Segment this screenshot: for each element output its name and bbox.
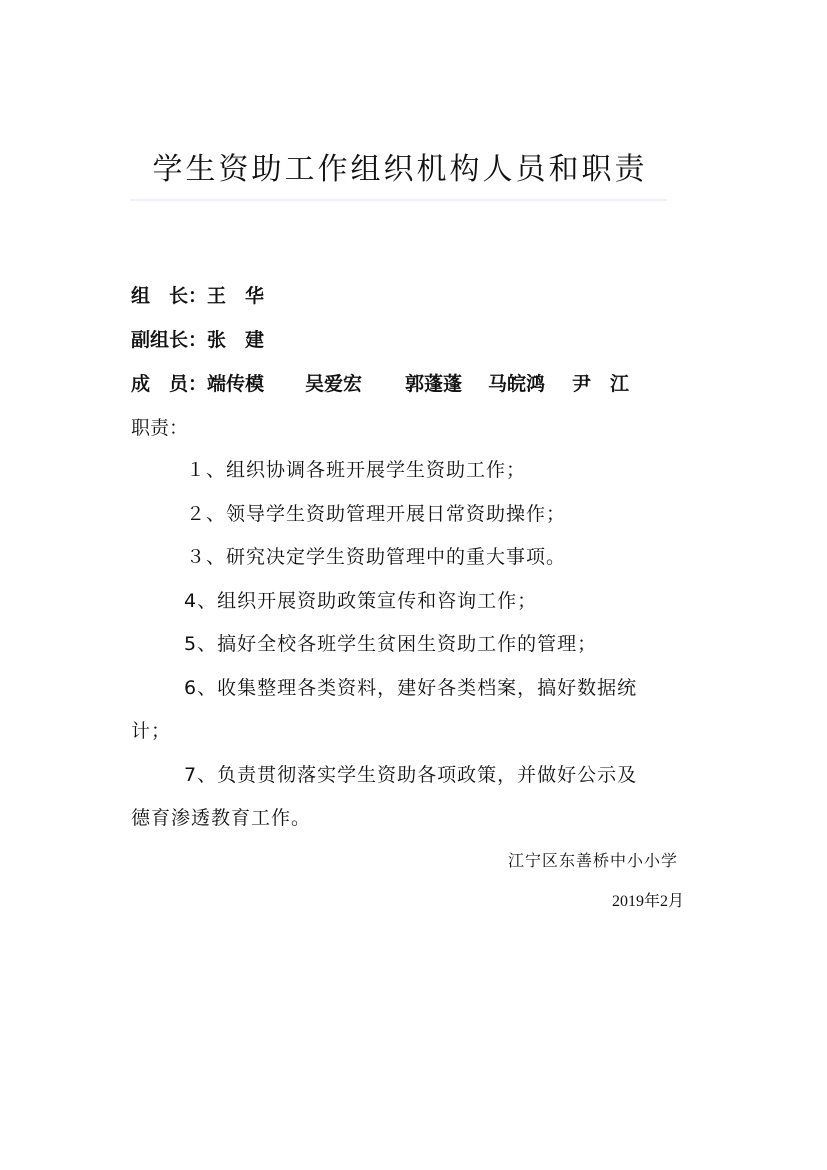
deputy-leader-row: 副组长：张 建 — [131, 328, 264, 352]
duty-item-3: ３、研究决定学生资助管理中的重大事项。 — [186, 545, 566, 569]
duty-item-6: 6、收集整理各类资料，建好各类档案，搞好数据统 — [184, 676, 637, 700]
leader-label: 组 长： — [131, 284, 207, 308]
member-name: 郭蓬蓬 — [405, 372, 488, 396]
signature-date: 2019年2月 — [612, 891, 684, 913]
duty-item-1: １、组织协调各班开展学生资助工作； — [186, 458, 526, 482]
member-name: 尹 江 — [572, 372, 629, 396]
signature-school: 江宁区东善桥中小小学 — [508, 850, 678, 872]
member-name: 吴爱宏 — [305, 372, 405, 396]
document-page: 学生资助工作组织机构人员和职责 组 长：王 华 副组长：张 建 成 员：端传模吴… — [0, 0, 827, 1170]
members-label: 成 员： — [131, 372, 207, 396]
members-row: 成 员：端传模吴爱宏郭蓬蓬马皖鸿尹 江 — [131, 372, 629, 396]
leader-row: 组 长：王 华 — [131, 284, 264, 308]
duty-item-4: 4、组织开展资助政策宣传和咨询工作； — [184, 589, 537, 613]
deputy-leader-name: 张 建 — [207, 329, 264, 351]
document-title: 学生资助工作组织机构人员和职责 — [130, 144, 670, 188]
leader-name: 王 华 — [207, 285, 264, 307]
member-name: 端传模 — [207, 372, 305, 396]
duty-item-6-continued: 计； — [131, 719, 171, 743]
duty-item-2: ２、领导学生资助管理开展日常资助操作； — [186, 502, 566, 526]
member-name: 马皖鸿 — [488, 372, 572, 396]
deputy-leader-label: 副组长： — [131, 328, 207, 352]
duty-item-5: 5、搞好全校各班学生贫困生资助工作的管理； — [184, 632, 597, 656]
duties-label: 职责： — [131, 416, 188, 440]
duty-item-7: 7、负责贯彻落实学生资助各项政策，并做好公示及 — [184, 763, 637, 787]
duty-item-7-continued: 德育渗透教育工作。 — [131, 806, 311, 830]
title-divider — [130, 199, 667, 201]
